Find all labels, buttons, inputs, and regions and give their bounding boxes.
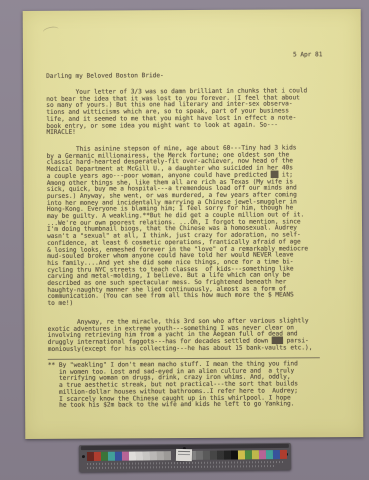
patch-group-light-ramp xyxy=(129,451,171,460)
letter-paper: 5 Apr 81 Darling my Beloved Boston Bride… xyxy=(23,9,364,439)
patch-group-dark-ramp xyxy=(189,450,238,460)
letter-footnote: ** By "weakling" I don't mean macho stuf… xyxy=(48,361,298,409)
patch-group-right xyxy=(238,450,287,460)
scanned-letter-page: 5 Apr 81 Darling my Beloved Boston Bride… xyxy=(0,0,369,480)
letter-paragraph-3: Anyway, re the miracle, this 3rd son who… xyxy=(48,318,313,353)
letter-paragraph-2: This asinine stepson of mine, age about … xyxy=(47,145,309,307)
letter-date: 5 Apr 81 xyxy=(293,52,322,59)
letter-salutation: Darling my Beloved Boston Bride- xyxy=(46,73,164,80)
letter-paragraph-1: Your letter of 3/3 was so damn brilliant… xyxy=(46,88,307,137)
patch-group-left xyxy=(87,452,129,461)
color-patch xyxy=(280,450,287,459)
pencil-mark xyxy=(42,25,59,36)
calibration-microtext-2 xyxy=(87,465,275,469)
color-calibration-strip xyxy=(79,443,291,472)
registration-dot-left xyxy=(82,455,85,458)
calibration-label-tag xyxy=(176,449,192,461)
